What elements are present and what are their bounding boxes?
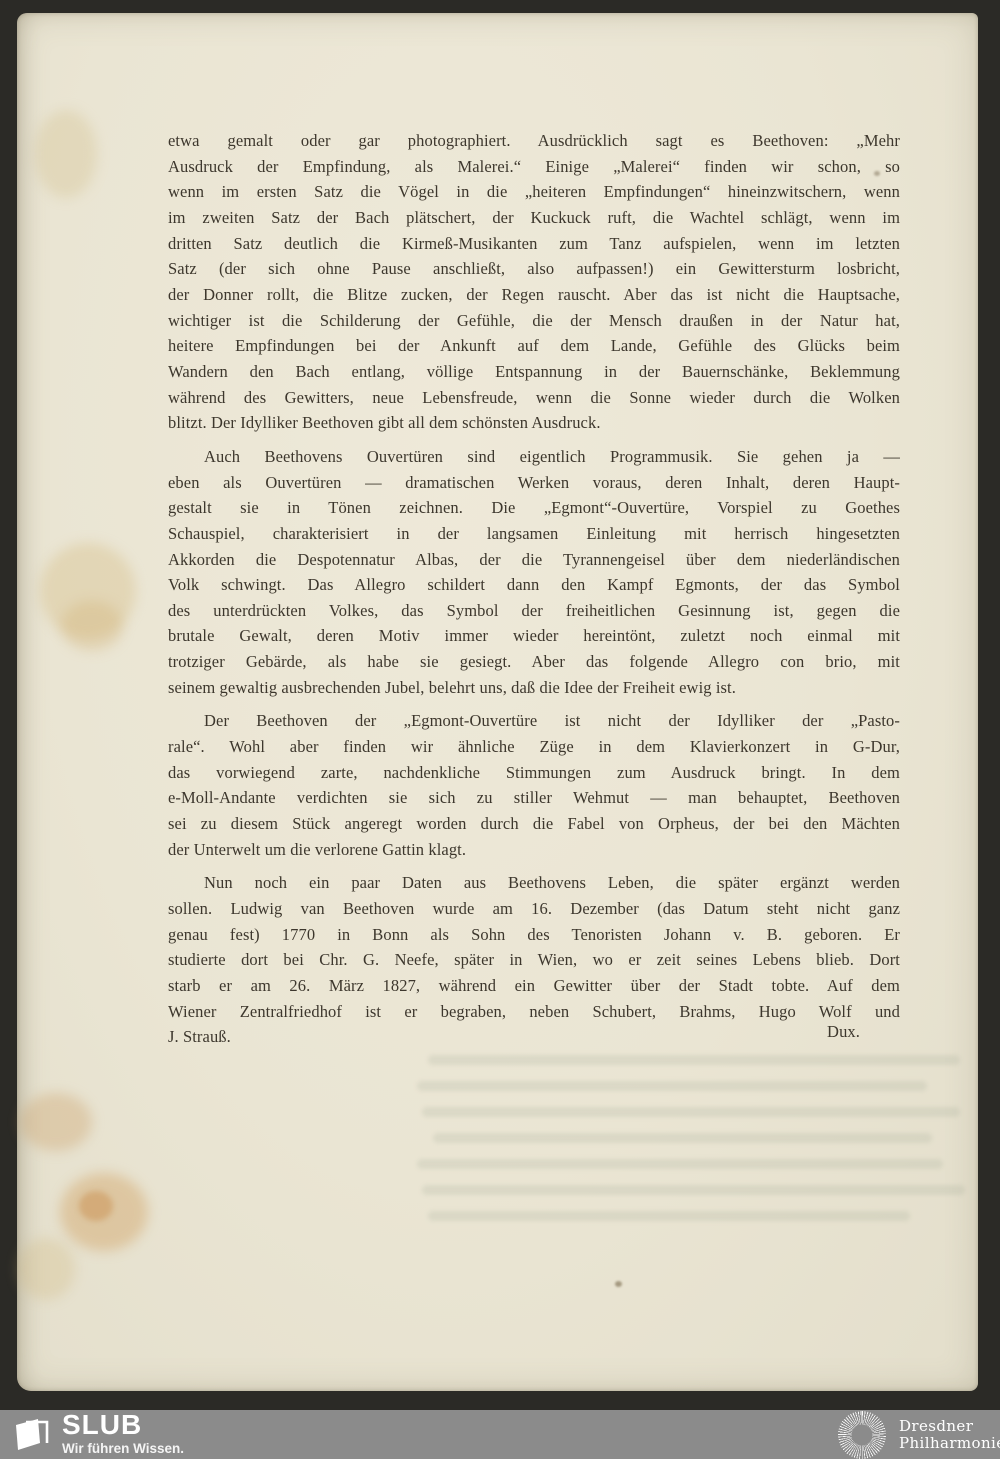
slub-wordmark-group: SLUB Wir führen Wissen. (62, 1412, 184, 1457)
bleed-through-text (417, 1055, 965, 1237)
paragraph-2-body: Auch Beethovens Ouvertüren sind eigentli… (168, 444, 900, 675)
paragraph-4-body: Nun noch ein paar Daten aus Beethovens L… (168, 870, 900, 1024)
foxing-stain (61, 601, 123, 651)
bleed-through-line (417, 1159, 943, 1169)
bleed-through-line (433, 1133, 932, 1143)
paragraph-2-last-line: seinem gewaltig ausbrechenden Jubel, bel… (168, 675, 900, 701)
paragraph-1-last-line: blitzt. Der Idylliker Beethoven gibt all… (168, 410, 900, 436)
foxing-stain (40, 543, 136, 639)
bleed-through-line (428, 1211, 910, 1221)
foxing-stain (20, 1093, 92, 1151)
scanned-page: etwa gemalt oder gar photographiert. Aus… (17, 13, 978, 1391)
paragraph-3-last-line: der Unterwelt um die verlorene Gattin kl… (168, 837, 900, 863)
paragraph-3-body: Der Beethoven der „Egmont-Ouvertüre ist … (168, 708, 900, 836)
foxing-stain (35, 110, 97, 198)
foxing-stain (60, 1173, 148, 1251)
bleed-through-line (417, 1081, 927, 1091)
open-book-icon (13, 1415, 49, 1453)
closing-line: J. Strauß. (168, 1024, 231, 1050)
paragraph-3: Der Beethoven der „Egmont-Ouvertüre ist … (168, 708, 900, 862)
partner-name-line1: Dresdner (899, 1418, 1000, 1435)
starburst-icon (838, 1411, 886, 1459)
bleed-through-line (428, 1055, 960, 1065)
foxing-stain (17, 1238, 75, 1300)
paragraph-2: Auch Beethovens Ouvertüren sind eigentli… (168, 444, 900, 701)
paragraph-4-last-line: J. Strauß. Dux. (168, 1024, 900, 1050)
scan-background: etwa gemalt oder gar photographiert. Aus… (0, 0, 1000, 1459)
author-signature: Dux. (827, 1019, 900, 1045)
dresdner-philharmonie-wordmark: Dresdner Philharmonie (899, 1418, 1000, 1452)
page-text: etwa gemalt oder gar photographiert. Aus… (168, 128, 900, 1050)
footer-banner: SLUB Wir führen Wissen. Dresdner Philhar… (0, 1410, 1000, 1459)
paragraph-4: Nun noch ein paar Daten aus Beethovens L… (168, 870, 900, 1050)
slub-tagline: Wir führen Wissen. (62, 1441, 184, 1457)
slub-logo: SLUB Wir führen Wissen. (13, 1412, 184, 1457)
bleed-through-line (422, 1107, 959, 1117)
dresdner-philharmonie-logo: Dresdner Philharmonie (838, 1410, 1000, 1459)
bleed-through-line (422, 1185, 965, 1195)
partner-name-line2: Philharmonie (899, 1435, 1000, 1452)
slub-wordmark: SLUB (62, 1412, 184, 1438)
ink-speck (615, 1281, 622, 1287)
paragraph-1: etwa gemalt oder gar photographiert. Aus… (168, 128, 900, 436)
foxing-stain (79, 1191, 113, 1221)
paragraph-1-body: etwa gemalt oder gar photographiert. Aus… (168, 128, 900, 410)
